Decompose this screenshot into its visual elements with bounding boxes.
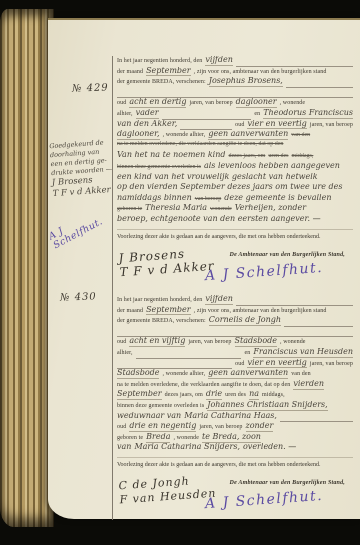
text-segment: na te melden overledene, die verklaarden… — [117, 141, 283, 148]
text-segment: beroep, echtgenoote van den eersten aang… — [117, 215, 321, 224]
text-segment: vijfden — [205, 56, 233, 66]
text-segment: zonder — [246, 422, 274, 432]
text-segment: van — [117, 443, 131, 452]
form-line: binnen deze gemeente overleden isals lev… — [117, 162, 353, 173]
text-segment: geboren te — [117, 435, 143, 442]
form-line: na te melden overledene, die verklaarden… — [117, 380, 353, 391]
text-segment: alhier, — [117, 350, 133, 357]
form-line: daglooner,, wonende alhier,geen aanverwa… — [117, 130, 353, 141]
form-line: der maandSeptember, zijn voor ons, ambte… — [117, 67, 353, 78]
form-line: Van het na te noemen kinddezes jaars, om… — [117, 151, 353, 162]
register-page: № 429 № 430 Goedgekeurd de doorhaling va… — [48, 18, 360, 519]
act-number-430: № 430 — [60, 292, 97, 303]
form-line: oudacht en dertigjaren, van beroepdagloo… — [117, 98, 353, 109]
text-segment: daglooner, — [117, 130, 160, 140]
text-segment: na te melden overledene, die verklaarden… — [117, 382, 290, 389]
form-line: een kind van het vrouwelijk geslacht van… — [117, 173, 353, 184]
text-segment: oud — [235, 122, 244, 129]
form-line: vanMaria Catharina Snijders,overleden. — — [117, 443, 353, 454]
official-label: De Ambtenaar van den Burgerlijken Stand, — [230, 480, 345, 487]
text-segment: Josephus Brosens, — [209, 77, 283, 87]
blank-rule — [180, 122, 232, 130]
text-segment: , zijn voor ons, ambtenaar van den burge… — [194, 308, 327, 315]
text-segment: een kind van het vrouwelijk geslacht van… — [117, 173, 318, 182]
text-segment: vier en veertig — [247, 359, 306, 369]
text-segment: Verheijen, zonder — [235, 204, 306, 213]
form-line: Stadsbode, wonende alhier,geen aanverwan… — [117, 369, 353, 380]
text-segment: acht en dertig — [129, 98, 186, 108]
text-segment: der gemeente BREDA, verschenen: — [117, 318, 206, 325]
book-binding — [0, 9, 54, 527]
text-segment: , wonende alhier, — [162, 371, 205, 378]
text-segment: en — [254, 111, 260, 118]
form-line: In het jaar negentien honderd, denvijfde… — [117, 56, 353, 67]
text-segment: September — [117, 390, 162, 400]
form-line: alhier,enFranciscus van Heusden — [117, 348, 353, 359]
text-segment: Stadsbode — [235, 337, 277, 347]
text-segment: Breda — [146, 433, 170, 443]
text-segment: Theodorus Franciscus — [263, 109, 353, 119]
form-line: op den vierden September dezes jaars om … — [117, 183, 353, 194]
text-segment: drie — [206, 390, 222, 400]
form-line: weduwnaar vanMaria Catharina Haas, — [117, 412, 353, 423]
text-segment: van den Akker, — [117, 120, 177, 129]
form-line — [117, 327, 353, 338]
text-segment: drie en negentig — [129, 422, 196, 432]
official-label: De Ambtenaar van den Burgerlijken Stand, — [230, 252, 345, 259]
text-segment: In het jaar negentien honderd, den — [117, 297, 202, 304]
official-signature: A J Schelfhut. — [204, 259, 323, 283]
text-segment: daglooner — [236, 98, 277, 108]
text-segment: Maria Catharina Haas, — [184, 412, 277, 421]
text-segment: middags, — [292, 153, 314, 160]
signature-block: C de Jongh F van Heusden De Ambtenaar va… — [117, 472, 353, 520]
text-segment: dezes jaars, om — [229, 153, 266, 160]
form-line: binnen deze gemeente overleden isJohanne… — [117, 401, 353, 412]
text-segment: der maand — [117, 308, 143, 315]
text-segment: In het jaar negentien honderd, den — [117, 58, 202, 65]
text-segment: der gemeente BREDA, verschenen: — [117, 79, 206, 86]
text-segment: vijfden — [205, 295, 233, 305]
text-segment: van den — [291, 132, 310, 139]
text-segment: jaren, van beroep — [189, 100, 232, 107]
text-segment: uren des — [268, 153, 288, 160]
blank-rule — [117, 361, 232, 369]
act-429-lines: In het jaar negentien honderd, denvijfde… — [117, 56, 353, 226]
text-segment: vader — [136, 109, 159, 119]
blank-rule — [117, 90, 353, 98]
text-segment: oud — [235, 361, 244, 368]
text-segment: geen aanverwanten — [208, 369, 288, 379]
text-segment: September — [146, 306, 191, 316]
act-430: In het jaar negentien honderd, denvijfde… — [112, 295, 353, 520]
text-segment: Stadsbode — [117, 369, 159, 379]
blank-rule — [286, 80, 353, 88]
act-429: In het jaar negentien honderd, denvijfde… — [112, 56, 353, 296]
form-line: namiddags binnenvan beroepdeze gemeente … — [117, 194, 353, 205]
text-segment: , wonende — [280, 100, 306, 107]
blank-rule — [136, 351, 242, 359]
text-segment: oud — [117, 339, 126, 346]
text-segment: van den — [291, 371, 311, 378]
text-segment: overleden. — — [243, 443, 296, 452]
text-segment: Theresia Maria — [145, 204, 207, 213]
form-line: geboren teTheresia MariawonendeVerheijen… — [117, 204, 353, 215]
text-segment: der maand — [117, 69, 143, 76]
act-430-lines: In het jaar negentien honderd, denvijfde… — [117, 295, 353, 454]
text-segment: Franciscus van Heusden — [253, 348, 353, 358]
text-segment: vier en veertig — [247, 120, 306, 130]
text-segment: Maria Catharina Snijders, — [134, 443, 240, 452]
blank-rule — [236, 59, 353, 67]
closing-line: Voorlezing dezer akte is gedaan aan de a… — [117, 457, 353, 470]
text-segment: te Breda, zoon — [202, 433, 261, 443]
text-segment: uren des — [225, 392, 246, 399]
text-segment: , wonende — [280, 339, 306, 346]
form-line: oudacht en vijftigjaren, van beroepStads… — [117, 337, 353, 348]
official-signature: A J Schelfhut. — [204, 488, 323, 512]
text-segment: geboren te — [117, 206, 142, 213]
margin-official-signature: A J Schelfhut. — [47, 201, 118, 252]
blank-rule — [280, 414, 353, 422]
text-segment: jaren, van beroep — [199, 424, 242, 431]
text-segment: , zijn voor ons, ambtenaar van den burge… — [194, 69, 327, 76]
text-segment: namiddags binnen — [117, 194, 192, 203]
text-segment: oud — [117, 100, 126, 107]
text-segment: jaren, van beroep — [310, 122, 353, 129]
form-line: ouddrie en negentigjaren, van beroepzond… — [117, 422, 353, 433]
declarant-signatures: C de Jongh F van Heusden — [118, 473, 217, 508]
form-line: alhier,vaderenTheodorus Franciscus — [117, 109, 353, 120]
text-segment: binnen deze gemeente overleden is — [117, 164, 201, 171]
text-segment: Cornelis de Jongh — [209, 316, 281, 326]
text-segment: jaren, van beroep — [188, 339, 231, 346]
form-line: oudvier en veertigjaren, van beroep — [117, 359, 353, 370]
text-segment: van beroep — [195, 196, 222, 203]
form-line: der maandSeptember, zijn voor ons, ambte… — [117, 306, 353, 317]
text-segment: geen aanverwanten — [208, 130, 288, 140]
text-segment: middags, — [262, 392, 285, 399]
blank-rule — [236, 298, 353, 306]
text-segment: op den vierden September dezes jaars om … — [117, 183, 343, 192]
form-line: der gemeente BREDA, verschenen:Josephus … — [117, 77, 353, 88]
text-segment: September — [146, 67, 191, 77]
text-segment: na — [249, 390, 259, 400]
form-line: na te melden overledene, die verklaarden… — [117, 141, 353, 152]
blank-rule — [117, 329, 353, 337]
text-segment: vierden — [293, 380, 324, 390]
form-line: Septemberdezes jaars, omdrieuren desnami… — [117, 390, 353, 401]
text-segment: , wonende — [173, 435, 199, 442]
form-line: geboren teBreda, wonendete Breda, zoon — [117, 433, 353, 444]
text-segment: jaren, van beroep — [310, 361, 353, 368]
text-segment: binnen deze gemeente overleden is — [117, 403, 204, 410]
blank-rule — [162, 112, 252, 120]
form-line: van den Akker,oudvier en veertigjaren, v… — [117, 120, 353, 131]
text-segment: weduwnaar van — [117, 412, 181, 421]
text-segment: Van het na te noemen kind — [117, 151, 226, 160]
text-segment: als levenloos hebben aangegeven — [204, 162, 340, 171]
text-segment: oud — [117, 424, 126, 431]
text-segment: acht en vijftig — [129, 337, 185, 347]
margin-note: Goedgekeurd de doorhaling van een en der… — [49, 138, 115, 200]
form-line: der gemeente BREDA, verschenen:Cornelis … — [117, 316, 353, 327]
text-segment: alhier, — [117, 111, 133, 118]
declarant-signatures: J Brosens T F v d Akker — [118, 244, 215, 279]
act-number-429: № 429 — [72, 83, 109, 94]
text-segment: deze gemeente is bevallen — [224, 194, 331, 203]
form-line: In het jaar negentien honderd, denvijfde… — [117, 295, 353, 306]
text-segment: Johannes Christiaan Snijders, — [207, 401, 327, 411]
blank-rule — [284, 319, 353, 327]
text-segment: , wonende alhier, — [163, 132, 206, 139]
signature-block: J Brosens T F v d Akker De Ambtenaar van… — [117, 244, 353, 296]
form-line — [117, 88, 353, 99]
form-line: beroep, echtgenoote van den eersten aang… — [117, 215, 353, 226]
closing-line: Voorlezing dezer akte is gedaan aan de a… — [117, 229, 353, 242]
text-segment: en — [244, 350, 250, 357]
text-segment: dezes jaars, om — [165, 392, 203, 399]
text-segment: wonende — [210, 206, 232, 213]
